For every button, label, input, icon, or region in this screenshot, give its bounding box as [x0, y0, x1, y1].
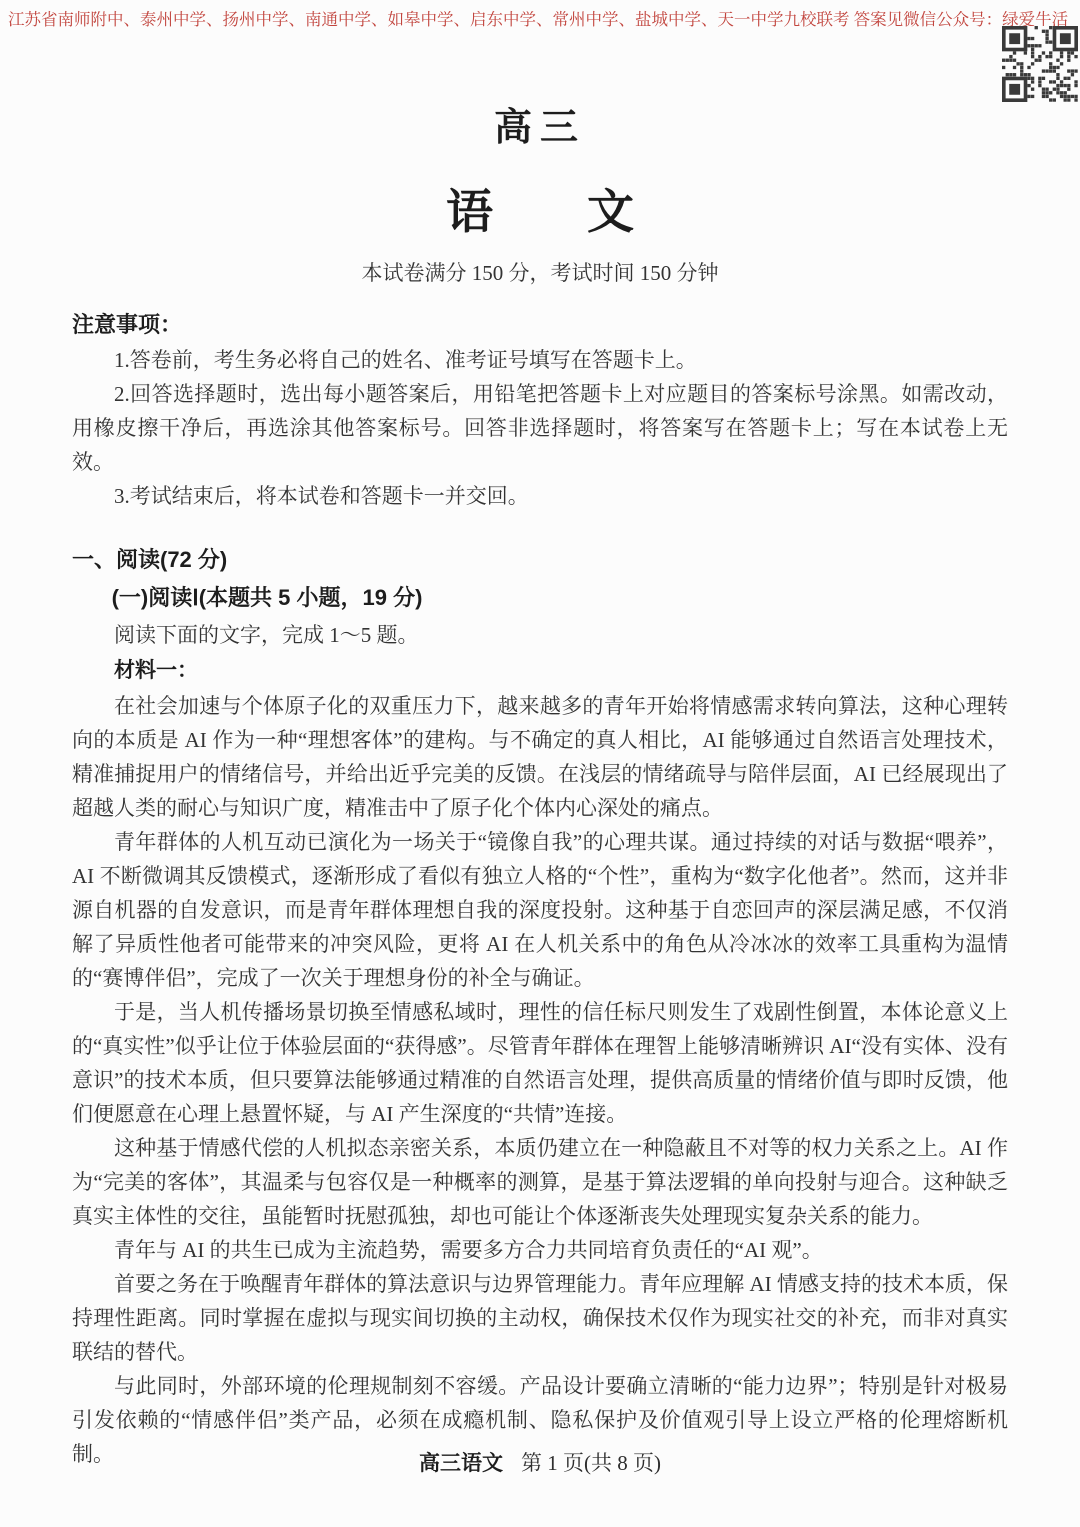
page-content: 高三 语 文 本试卷满分 150 分，考试时间 150 分钟 注意事项： 1.答…: [0, 0, 1080, 1471]
footer-course-label: 高三语文: [419, 1452, 503, 1475]
reading-instruction: 阅读下面的文字，完成 1～5 题。: [72, 617, 1008, 653]
material-paragraph: 青年群体的人机互动已演化为一场关于“镜像自我”的心理共谋。通过持续的对话与数据“…: [72, 825, 1008, 995]
notice-item-3: 3.考试结束后，将本试卷和答题卡一并交回。: [72, 479, 1008, 513]
notice-heading: 注意事项：: [72, 307, 1008, 343]
section-title-reading: 一、阅读(72 分): [72, 541, 1008, 579]
notice-item-2: 2.回答选择题时，选出每小题答案后，用铅笔把答题卡上对应题目的答案标号涂黑。如需…: [72, 377, 1008, 479]
footer-page-number: 第 1 页(共 8 页): [521, 1451, 661, 1475]
exam-paper-page: 江苏省南师附中、泰州中学、扬州中学、南通中学、如皋中学、启东中学、常州中学、盐城…: [0, 0, 1080, 1527]
material-paragraph: 首要之务在于唤醒青年群体的算法意识与边界管理能力。青年应理解 AI 情感支持的技…: [72, 1267, 1008, 1369]
exam-info-line: 本试卷满分 150 分，考试时间 150 分钟: [72, 257, 1008, 287]
material-paragraph: 在社会加速与个体原子化的双重压力下，越来越多的青年开始将情感需求转向算法，这种心…: [72, 689, 1008, 825]
material-paragraph: 这种基于情感代偿的人机拟态亲密关系，本质仍建立在一种隐蔽且不对等的权力关系之上。…: [72, 1131, 1008, 1233]
subsection-title-reading-1: (一)阅读Ⅰ(本题共 5 小题，19 分): [72, 579, 1008, 617]
qr-code-icon: [1002, 26, 1078, 102]
material-paragraph: 青年与 AI 的共生已成为主流趋势，需要多方合力共同培育负责任的“AI 观”。: [72, 1233, 1008, 1267]
material-paragraph: 于是，当人机传播场景切换至情感私域时，理性的信任标尺则发生了戏剧性倒置，本体论意…: [72, 995, 1008, 1131]
page-footer: 高三语文第 1 页(共 8 页): [0, 1447, 1080, 1477]
schools-header-line: 江苏省南师附中、泰州中学、扬州中学、南通中学、如皋中学、启东中学、常州中学、盐城…: [8, 9, 1068, 31]
material-one-label: 材料一：: [72, 653, 1008, 689]
subject-title: 语 文: [72, 175, 1008, 242]
notice-item-1: 1.答卷前，考生务必将自己的姓名、准考证号填写在答题卡上。: [72, 343, 1008, 377]
